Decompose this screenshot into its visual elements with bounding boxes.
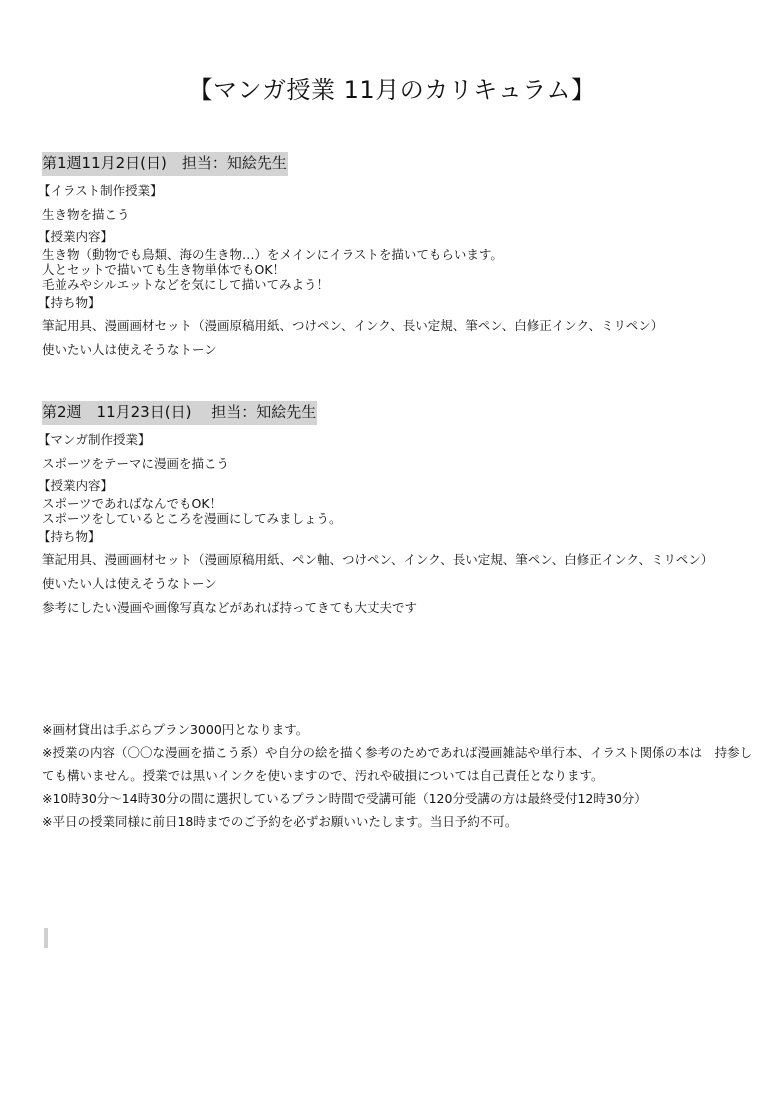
note-reservation: ※平日の授業同様に前日18時までのご予約を必ずお願いいたします。当日予約不可。 bbox=[42, 810, 754, 833]
week-1-category: 【イラスト制作授業】 bbox=[38, 179, 752, 203]
text-cursor-marker bbox=[44, 928, 48, 948]
week-2-items-line: 参考にしたい漫画や画像写真などがあれば持ってきても大丈夫です bbox=[42, 596, 752, 620]
week-2-content-line: スポーツをしているところを漫画にしてみましょう。 bbox=[42, 511, 752, 526]
week-2-items-label: 【持ち物】 bbox=[38, 526, 752, 548]
week-1-content-line: 生き物（動物でも鳥類、海の生き物…）をメインにイラストを描いてもらいます。 bbox=[42, 247, 752, 262]
note-materials: ※授業の内容（〇〇な漫画を描こう系）や自分の絵を描く参考のためであれば漫画雑誌や… bbox=[42, 741, 754, 787]
note-rental: ※画材貸出は手ぶらプラン3000円となります。 bbox=[42, 718, 754, 741]
week-1-section: 第1週11月2日(日) 担当：知絵先生 【イラスト制作授業】 生き物を描こう 【… bbox=[42, 152, 752, 362]
week-2-items-line: 使いたい人は使えそうなトーン bbox=[42, 572, 752, 596]
week-2-category: 【マンガ制作授業】 bbox=[38, 428, 752, 452]
week-1-header: 第1週11月2日(日) 担当：知絵先生 bbox=[42, 152, 288, 176]
week-2-items-line: 筆記用具、漫画画材セット（漫画原稿用紙、ペン軸、つけペン、インク、長い定規、筆ペ… bbox=[42, 548, 752, 572]
week-1-theme: 生き物を描こう bbox=[42, 203, 752, 227]
document-title: 【マンガ授業 11月のカリキュラム】 bbox=[0, 70, 784, 105]
week-1-items-line: 使いたい人は使えそうなトーン bbox=[42, 338, 752, 362]
note-hours: ※10時30分～14時30分の間に選択しているプラン時間で受講可能（120分受講… bbox=[42, 787, 754, 810]
week-1-content-label: 【授業内容】 bbox=[38, 227, 752, 247]
week-2-content-line: スポーツであればなんでもOK！ bbox=[42, 496, 752, 511]
week-1-items-label: 【持ち物】 bbox=[38, 292, 752, 314]
week-1-items-line: 筆記用具、漫画画材セット（漫画原稿用紙、つけペン、インク、長い定規、筆ペン、白修… bbox=[42, 314, 752, 338]
document-page: 【マンガ授業 11月のカリキュラム】 第1週11月2日(日) 担当：知絵先生 【… bbox=[0, 0, 784, 1112]
week-2-content-label: 【授業内容】 bbox=[38, 476, 752, 496]
week-1-content-line: 毛並みやシルエットなどを気にして描いてみよう！ bbox=[42, 277, 752, 292]
week-2-theme: スポーツをテーマに漫画を描こう bbox=[42, 452, 752, 476]
week-2-section: 第2週 11月23日(日) 担当：知絵先生 【マンガ制作授業】 スポーツをテーマ… bbox=[42, 401, 752, 620]
week-1-content-line: 人とセットで描いても生き物単体でもOK！ bbox=[42, 262, 752, 277]
week-2-header: 第2週 11月23日(日) 担当：知絵先生 bbox=[42, 401, 317, 425]
notes-section: ※画材貸出は手ぶらプラン3000円となります。 ※授業の内容（〇〇な漫画を描こう… bbox=[42, 718, 754, 833]
